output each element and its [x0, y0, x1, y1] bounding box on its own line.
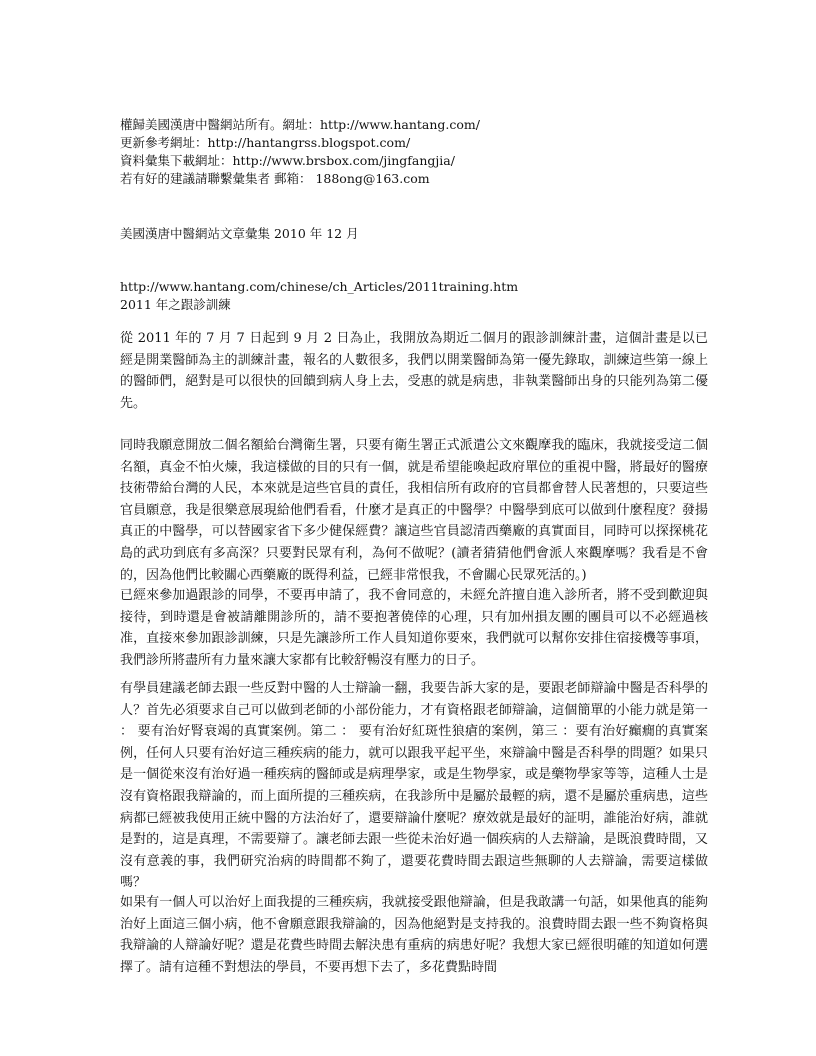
paragraph-1: 從 2011 年的 7 月 7 日起到 9 月 2 日為止，我開放為期近二個月的…: [120, 328, 708, 414]
collection-title: 美國漢唐中醫網站文章彙集 2010 年 12 月: [120, 225, 359, 243]
paragraph-4: 有學員建議老師去跟一些反對中醫的人士辯論一翻，我要告訴大家的是，要跟老師辯論中醫…: [120, 678, 708, 894]
paragraph-5: 如果有一個人可以治好上面我提的三種疾病，我就接受跟他辯論，但是我敢講一句話，如果…: [120, 892, 708, 978]
paragraph-3: 已經來參加過跟診的同學，不要再申請了，我不會同意的，未經允許擅自進入診所者，將不…: [120, 585, 708, 671]
copyright-line: 權歸美國漢唐中醫網站所有。網址：http://www.hantang.com/: [120, 116, 480, 134]
article-url: http://www.hantang.com/chinese/ch_Articl…: [120, 278, 518, 296]
paragraph-2: 同時我願意開放二個名額給台灣衛生署，只要有衛生署正式派遣公文來觀摩我的臨床，我就…: [120, 435, 708, 586]
update-reference-line: 更新參考網址：http://hantangrss.blogspot.com/: [120, 134, 410, 152]
article-title: 2011 年之跟診訓練: [120, 296, 231, 314]
contact-line: 若有好的建議請聯繫彙集者 郵箱： 188ong@163.com: [120, 170, 430, 188]
download-line: 資料彙集下載網址：http://www.brsbox.com/jingfangj…: [120, 152, 455, 170]
